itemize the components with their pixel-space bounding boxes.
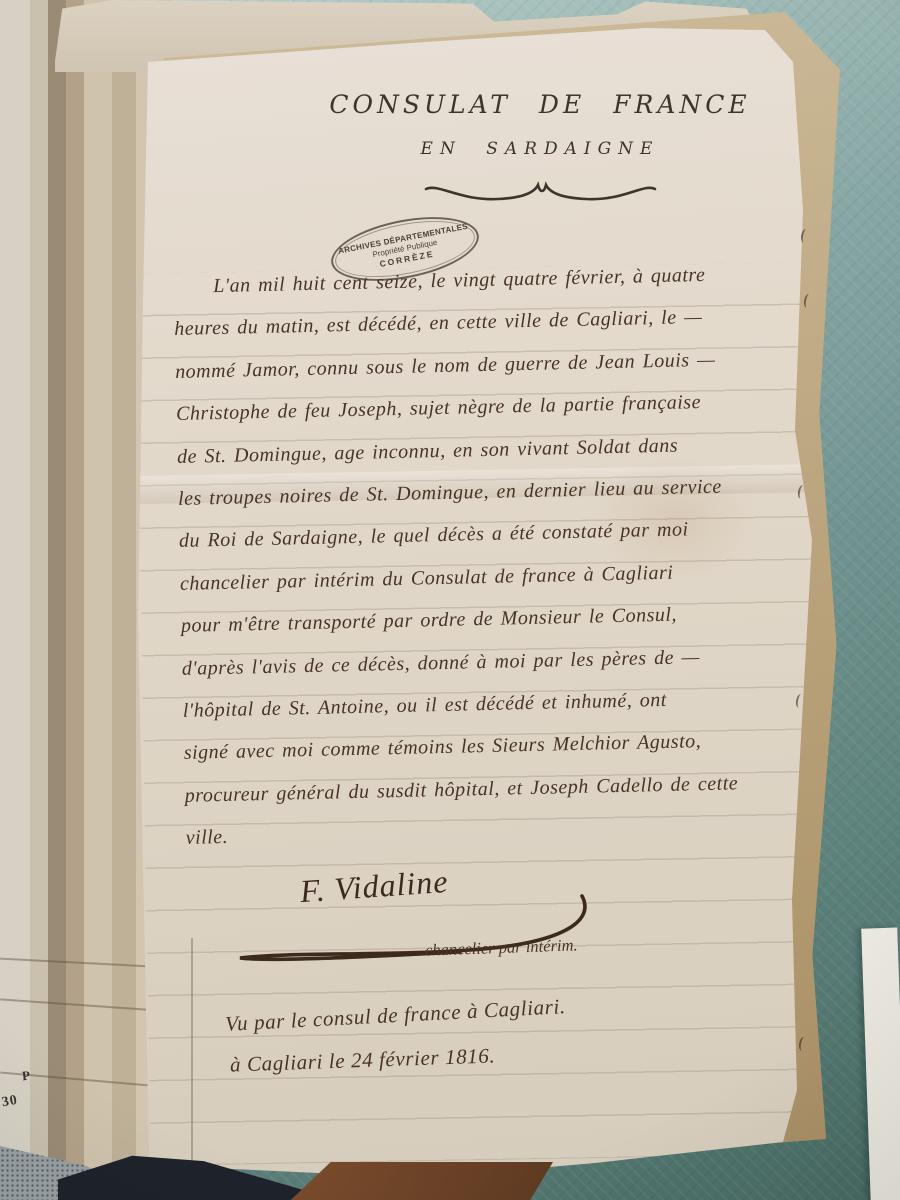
handwritten-body: L'an mil huit cent seize, le vingt quatr…	[173, 261, 846, 869]
printed-fragment-letter: P	[21, 1068, 31, 1085]
printed-fragment-number: 30	[1, 1093, 20, 1112]
document-page: CONSULAT DE FRANCE EN SARDAIGNE ARCHIVES…	[125, 0, 840, 1190]
letterhead-subtitle: EN SARDAIGNE	[300, 139, 780, 159]
ornamental-brace	[300, 177, 780, 207]
signature-flourish	[230, 892, 605, 969]
letterhead-title: CONSULAT DE FRANCE	[300, 90, 780, 119]
printed-letterhead: CONSULAT DE FRANCE EN SARDAIGNE	[300, 90, 780, 207]
margin-rule-line	[191, 938, 193, 1176]
photo-of-archival-document: P 30 CONSULAT DE FRANCE EN SARDAIGNE ARC…	[0, 0, 900, 1200]
